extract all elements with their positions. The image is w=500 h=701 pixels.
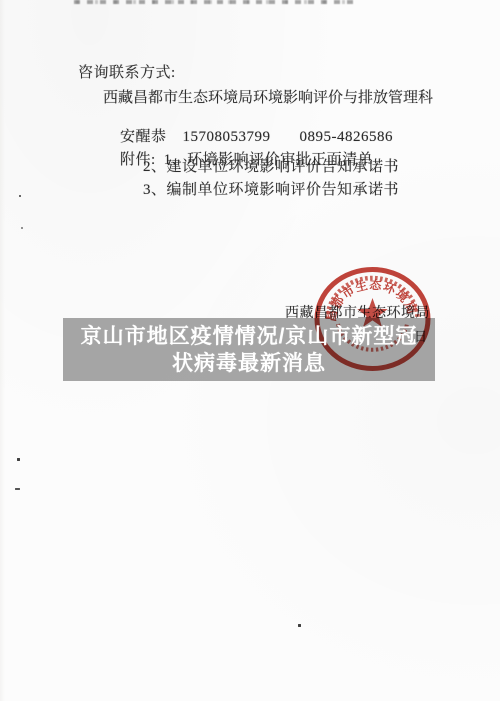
scan-speck: [19, 195, 21, 197]
contact-heading: 咨询联系方式:: [78, 61, 176, 82]
department-line: 西藏昌都市生态环境局环境影响评价与排放管理科: [103, 86, 433, 107]
scan-speck: [17, 458, 20, 461]
page-top-cut-text-remnant: [74, 0, 357, 4]
attachment-item: 3、编制单位环境影响评价告知承诺书: [143, 178, 399, 199]
caption-line-2: 状病毒最新消息: [172, 350, 326, 377]
scan-speck: [21, 227, 23, 229]
caption-line-1: 京山市地区疫情情况/京山市新型冠: [81, 323, 418, 350]
scan-speck: [298, 624, 301, 627]
caption-overlay-band: 京山市地区疫情情况/京山市新型冠 状病毒最新消息: [63, 318, 435, 381]
scan-speck: [15, 488, 20, 490]
attachment-item: 2、建设单位环境影响评价告知承诺书: [143, 155, 399, 176]
document-page: 咨询联系方式: 西藏昌都市生态环境局环境影响评价与排放管理科 安醒恭157080…: [0, 0, 500, 701]
